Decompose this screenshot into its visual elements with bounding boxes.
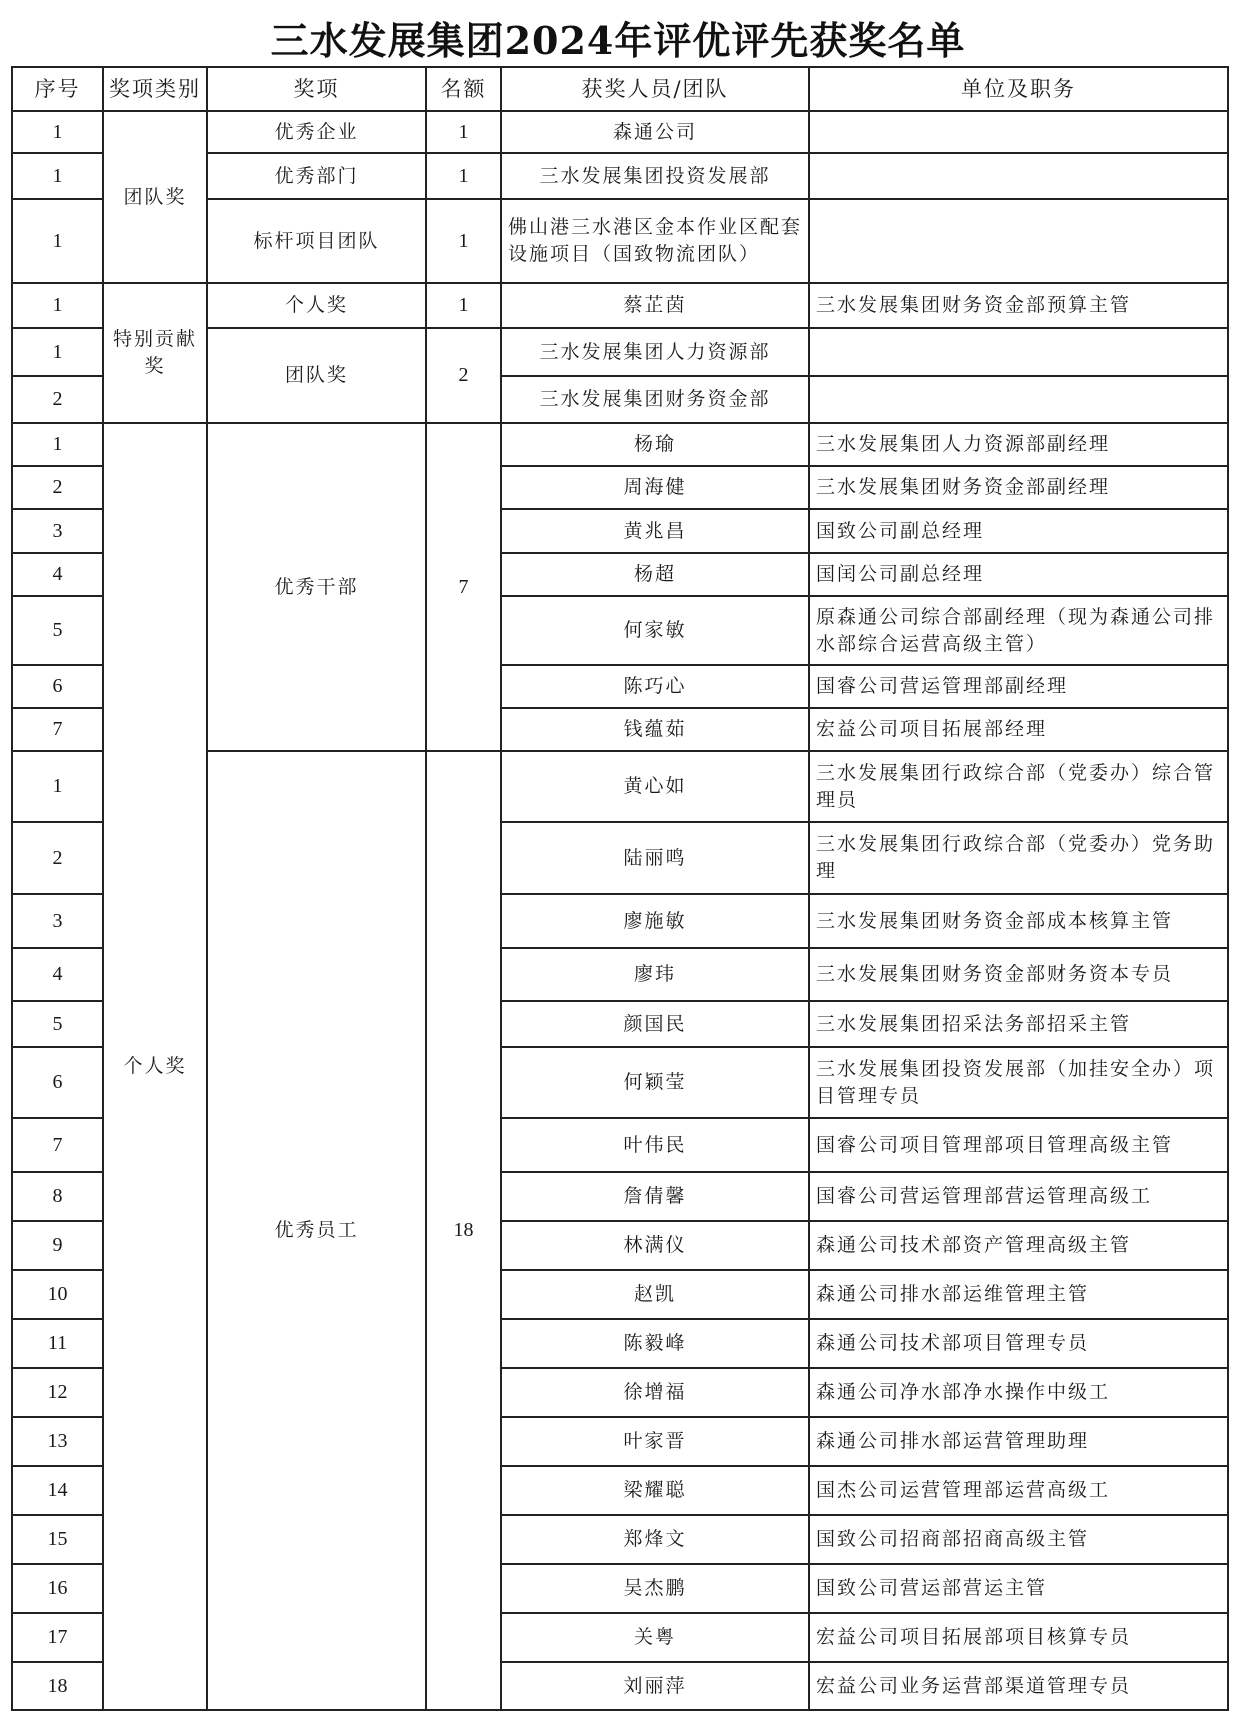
header-winner: 获奖人员/团队 <box>501 67 809 111</box>
position-cell: 森通公司排水部运营管理助理 <box>809 1417 1228 1466</box>
row-no: 4 <box>12 948 103 1001</box>
row-no: 1 <box>12 111 103 153</box>
winner-cell: 何家敏 <box>501 596 809 665</box>
winner-cell: 詹倩馨 <box>501 1172 809 1221</box>
award-cell: 团队奖 <box>207 328 426 423</box>
position-cell: 国致公司副总经理 <box>809 509 1228 553</box>
position-cell: 森通公司排水部运维管理主管 <box>809 1270 1228 1319</box>
award-cell: 优秀员工 <box>207 751 426 1710</box>
quota-cell: 1 <box>426 153 501 199</box>
table-row: 1特别贡献奖个人奖1蔡芷茵三水发展集团财务资金部预算主管 <box>12 283 1228 328</box>
winner-cell: 徐增福 <box>501 1368 809 1417</box>
row-no: 17 <box>12 1613 103 1662</box>
position-cell: 国睿公司营运管理部营运管理高级工 <box>809 1172 1228 1221</box>
winner-cell: 陈巧心 <box>501 665 809 708</box>
position-cell: 三水发展集团财务资金部预算主管 <box>809 283 1228 328</box>
winner-cell: 吴杰鹏 <box>501 1564 809 1613</box>
row-no: 18 <box>12 1662 103 1710</box>
award-cell: 优秀干部 <box>207 423 426 751</box>
category-cell: 团队奖 <box>103 111 207 283</box>
quota-cell: 1 <box>426 283 501 328</box>
row-no: 7 <box>12 708 103 751</box>
position-cell: 三水发展集团财务资金部财务资本专员 <box>809 948 1228 1001</box>
winner-cell: 陆丽鸣 <box>501 822 809 894</box>
quota-cell: 18 <box>426 751 501 1710</box>
header-quota: 名额 <box>426 67 501 111</box>
row-no: 6 <box>12 1047 103 1118</box>
quota-cell: 2 <box>426 328 501 423</box>
position-cell <box>809 376 1228 423</box>
winner-cell: 叶伟民 <box>501 1118 809 1172</box>
quota-cell: 7 <box>426 423 501 751</box>
quota-cell: 1 <box>426 111 501 153</box>
row-no: 7 <box>12 1118 103 1172</box>
winner-cell: 陈毅峰 <box>501 1319 809 1368</box>
winner-cell: 梁耀聪 <box>501 1466 809 1515</box>
position-cell: 三水发展集团财务资金部成本核算主管 <box>809 894 1228 948</box>
row-no: 12 <box>12 1368 103 1417</box>
row-no: 14 <box>12 1466 103 1515</box>
row-no: 4 <box>12 553 103 596</box>
header-row: 序号 奖项类别 奖项 名额 获奖人员/团队 单位及职务 <box>12 67 1228 111</box>
award-cell: 标杆项目团队 <box>207 199 426 283</box>
table-row: 1团队奖优秀企业1森通公司 <box>12 111 1228 153</box>
row-no: 1 <box>12 199 103 283</box>
position-cell: 森通公司净水部净水操作中级工 <box>809 1368 1228 1417</box>
winner-cell: 赵凯 <box>501 1270 809 1319</box>
position-cell: 三水发展集团招采法务部招采主管 <box>809 1001 1228 1047</box>
winner-cell: 周海健 <box>501 466 809 509</box>
row-no: 5 <box>12 1001 103 1047</box>
row-no: 6 <box>12 665 103 708</box>
row-no: 16 <box>12 1564 103 1613</box>
row-no: 1 <box>12 283 103 328</box>
category-cell: 个人奖 <box>103 423 207 1710</box>
row-no: 8 <box>12 1172 103 1221</box>
position-cell: 三水发展集团行政综合部（党委办）综合管理员 <box>809 751 1228 822</box>
winner-cell: 颜国民 <box>501 1001 809 1047</box>
header-no: 序号 <box>12 67 103 111</box>
winner-cell: 三水发展集团财务资金部 <box>501 376 809 423</box>
winner-cell: 佛山港三水港区金本作业区配套设施项目（国致物流团队） <box>501 199 809 283</box>
position-cell: 三水发展集团人力资源部副经理 <box>809 423 1228 466</box>
position-cell: 国闰公司副总经理 <box>809 553 1228 596</box>
winner-cell: 关粤 <box>501 1613 809 1662</box>
row-no: 1 <box>12 751 103 822</box>
row-no: 10 <box>12 1270 103 1319</box>
winner-cell: 廖施敏 <box>501 894 809 948</box>
position-cell: 三水发展集团投资发展部（加挂安全办）项目管理专员 <box>809 1047 1228 1118</box>
position-cell: 三水发展集团行政综合部（党委办）党务助理 <box>809 822 1228 894</box>
position-cell <box>809 153 1228 199</box>
position-cell: 原森通公司综合部副经理（现为森通公司排水部综合运营高级主管） <box>809 596 1228 665</box>
winner-cell: 三水发展集团人力资源部 <box>501 328 809 376</box>
row-no: 2 <box>12 822 103 894</box>
winner-cell: 叶家晋 <box>501 1417 809 1466</box>
quota-cell: 1 <box>426 199 501 283</box>
winner-cell: 蔡芷茵 <box>501 283 809 328</box>
winner-cell: 杨瑜 <box>501 423 809 466</box>
header-award: 奖项 <box>207 67 426 111</box>
winner-cell: 森通公司 <box>501 111 809 153</box>
row-no: 3 <box>12 894 103 948</box>
position-cell: 宏益公司项目拓展部经理 <box>809 708 1228 751</box>
category-cell: 特别贡献奖 <box>103 283 207 423</box>
row-no: 11 <box>12 1319 103 1368</box>
position-cell <box>809 111 1228 153</box>
row-no: 2 <box>12 466 103 509</box>
award-cell: 优秀部门 <box>207 153 426 199</box>
row-no: 3 <box>12 509 103 553</box>
winner-cell: 黄兆昌 <box>501 509 809 553</box>
position-cell: 森通公司技术部项目管理专员 <box>809 1319 1228 1368</box>
winner-cell: 林满仪 <box>501 1221 809 1270</box>
winner-cell: 黄心如 <box>501 751 809 822</box>
position-cell: 国睿公司项目管理部项目管理高级主管 <box>809 1118 1228 1172</box>
position-cell: 森通公司技术部资产管理高级主管 <box>809 1221 1228 1270</box>
row-no: 5 <box>12 596 103 665</box>
position-cell: 三水发展集团财务资金部副经理 <box>809 466 1228 509</box>
position-cell: 国杰公司运营管理部运营高级工 <box>809 1466 1228 1515</box>
position-cell <box>809 328 1228 376</box>
winner-cell: 何颖莹 <box>501 1047 809 1118</box>
header-position: 单位及职务 <box>809 67 1228 111</box>
row-no: 2 <box>12 376 103 423</box>
winner-cell: 钱蕴茹 <box>501 708 809 751</box>
position-cell: 宏益公司业务运营部渠道管理专员 <box>809 1662 1228 1710</box>
row-no: 9 <box>12 1221 103 1270</box>
position-cell: 宏益公司项目拓展部项目核算专员 <box>809 1613 1228 1662</box>
table-row: 1个人奖优秀干部7杨瑜三水发展集团人力资源部副经理 <box>12 423 1228 466</box>
award-cell: 优秀企业 <box>207 111 426 153</box>
position-cell <box>809 199 1228 283</box>
winner-cell: 杨超 <box>501 553 809 596</box>
winner-cell: 刘丽萍 <box>501 1662 809 1710</box>
winner-cell: 郑烽文 <box>501 1515 809 1564</box>
page-title: 三水发展集团2024年评优评先获奖名单 <box>0 10 1236 65</box>
winner-cell: 廖玮 <box>501 948 809 1001</box>
position-cell: 国睿公司营运管理部副经理 <box>809 665 1228 708</box>
award-cell: 个人奖 <box>207 283 426 328</box>
row-no: 1 <box>12 153 103 199</box>
row-no: 1 <box>12 423 103 466</box>
winner-cell: 三水发展集团投资发展部 <box>501 153 809 199</box>
position-cell: 国致公司招商部招商高级主管 <box>809 1515 1228 1564</box>
position-cell: 国致公司营运部营运主管 <box>809 1564 1228 1613</box>
row-no: 1 <box>12 328 103 376</box>
header-category: 奖项类别 <box>103 67 207 111</box>
row-no: 15 <box>12 1515 103 1564</box>
row-no: 13 <box>12 1417 103 1466</box>
award-table: 序号 奖项类别 奖项 名额 获奖人员/团队 单位及职务 1团队奖优秀企业1森通公… <box>11 66 1229 1711</box>
